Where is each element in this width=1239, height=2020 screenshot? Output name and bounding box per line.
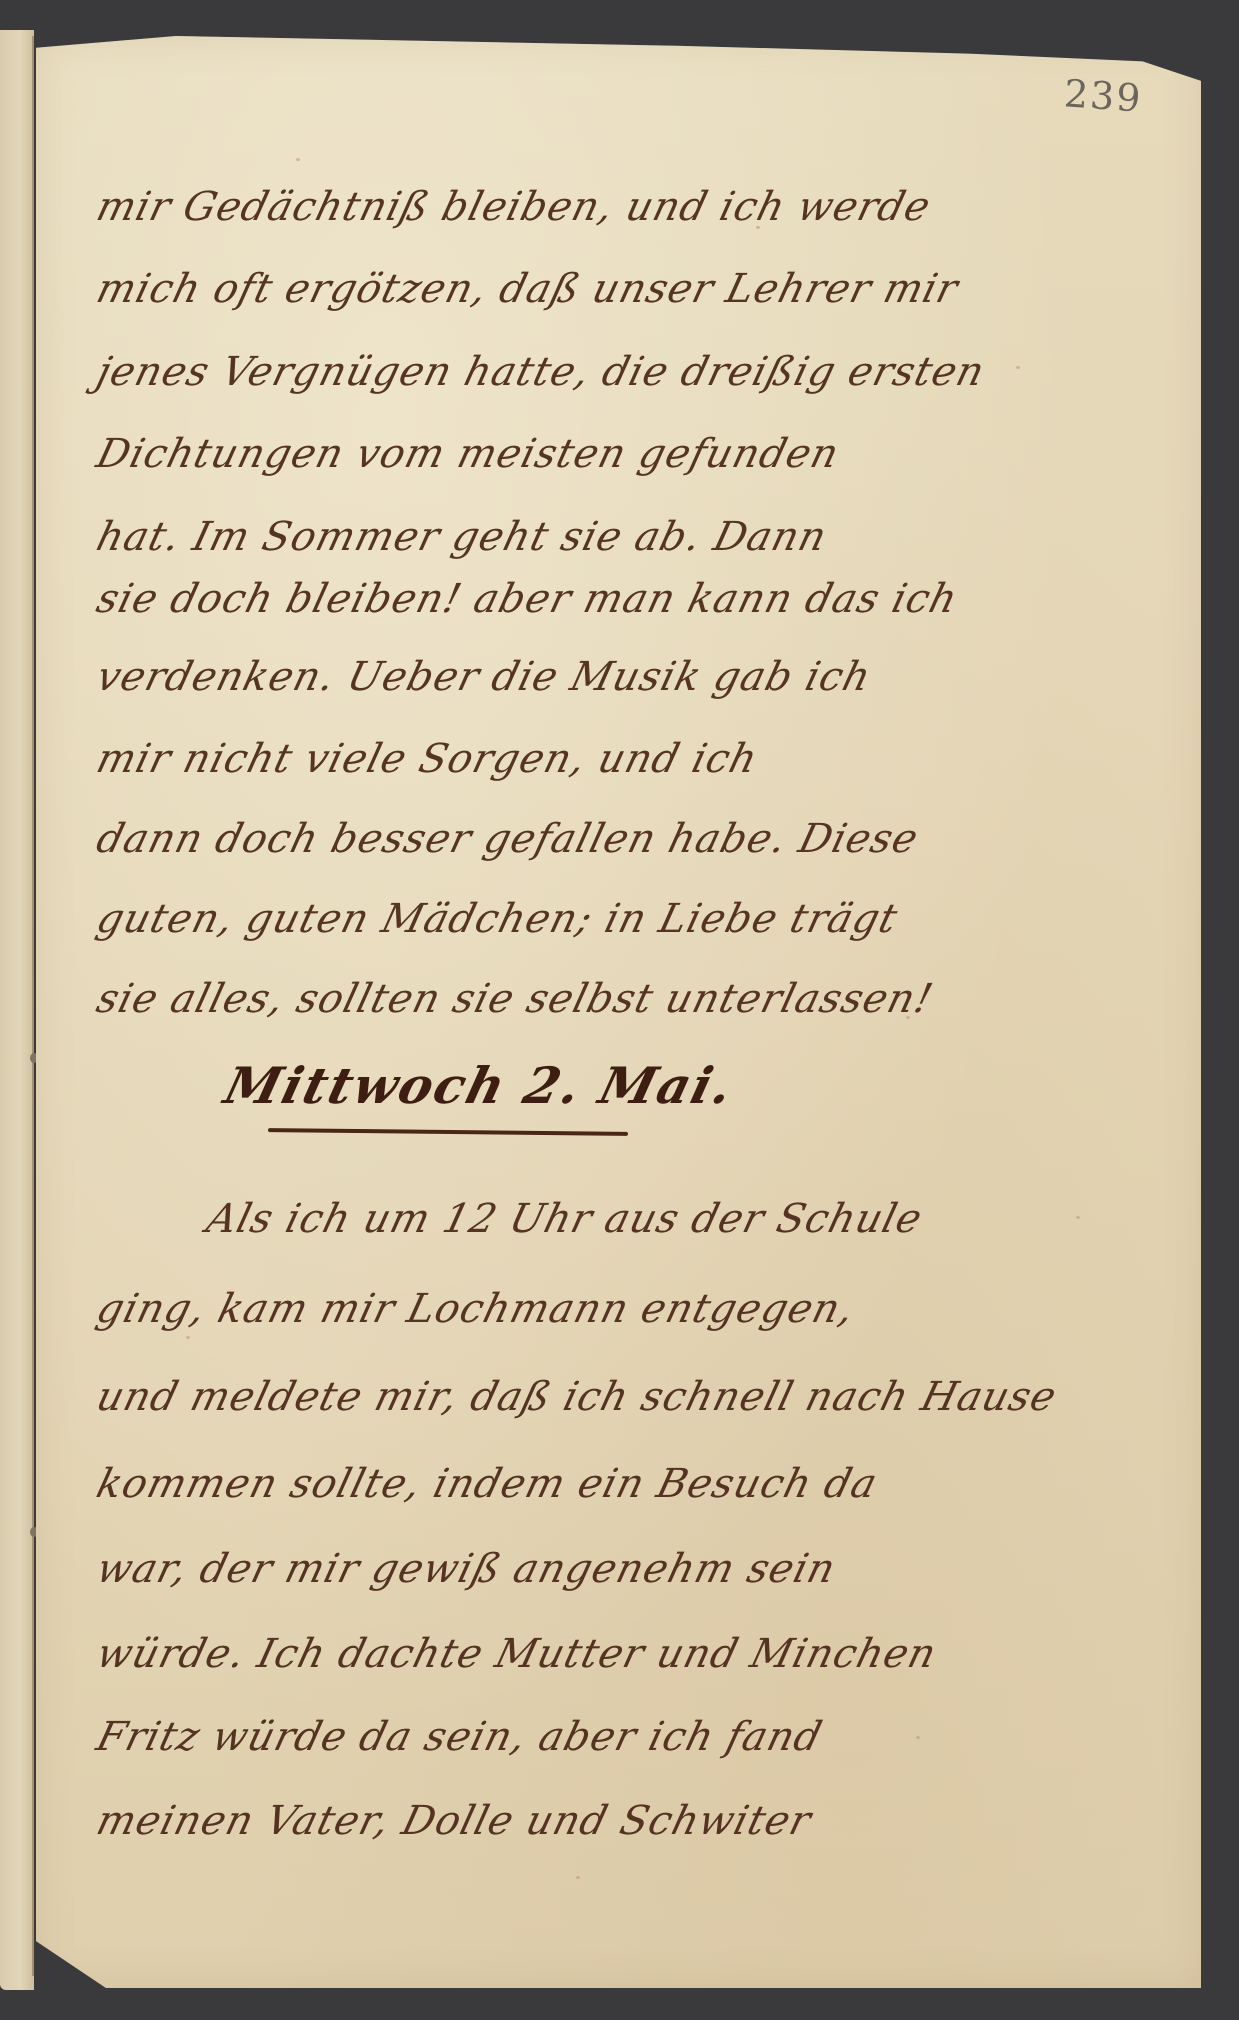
manuscript-scan: 239 mir Gedächtniß bleiben, und ich werd… xyxy=(0,0,1239,2020)
handwritten-line: Fritz würde da sein, aber ich fand xyxy=(92,1714,827,1760)
handwritten-line: würde. Ich dachte Mutter und Minchen xyxy=(92,1631,941,1677)
handwritten-line: Dichtungen vom meisten gefunden xyxy=(92,431,844,477)
binding-gutter xyxy=(32,36,34,1976)
page-number: 239 xyxy=(1063,71,1144,120)
handwritten-line: meinen Vater, Dolle und Schwiter xyxy=(92,1798,816,1844)
entry-date-heading: Mittwoch 2. Mai. xyxy=(219,1056,741,1115)
paper-speck xyxy=(576,1876,580,1879)
handwritten-line: hat. Im Sommer geht sie ab. Dann xyxy=(92,514,832,560)
paper-speck xyxy=(1076,1216,1080,1219)
heading-underline xyxy=(268,1128,628,1136)
handwritten-line: mich oft ergötzen, daß unser Lehrer mir xyxy=(92,266,963,312)
handwritten-line: mir Gedächtniß bleiben, und ich werde xyxy=(92,184,936,230)
handwritten-line: sie doch bleiben! aber man kann das ich xyxy=(92,576,963,622)
handwritten-line: sie alles, sollten sie selbst unterlasse… xyxy=(92,976,938,1022)
handwritten-line: jenes Vergnügen hatte, die dreißig erste… xyxy=(92,349,990,395)
handwritten-line: kommen sollte, indem ein Besuch da xyxy=(92,1461,882,1507)
paper-speck xyxy=(296,158,300,161)
paper-speck xyxy=(916,1736,920,1739)
paper-speck xyxy=(186,1336,190,1339)
handwritten-line: mir nicht viele Sorgen, und ich xyxy=(92,736,763,782)
facing-page-edge xyxy=(0,30,34,1990)
handwritten-line: dann doch besser gefallen habe. Diese xyxy=(92,816,923,862)
handwritten-line: Als ich um 12 Uhr aus der Schule xyxy=(202,1196,927,1242)
handwritten-line: guten, guten Mädchen; in Liebe trägt xyxy=(92,896,903,942)
paper-speck xyxy=(1016,366,1020,369)
handwritten-line: war, der mir gewiß angenehm sein xyxy=(92,1546,841,1592)
handwritten-line: ging, kam mir Lochmann entgegen, xyxy=(92,1286,859,1332)
handwritten-line: und meldete mir, daß ich schnell nach Ha… xyxy=(92,1374,1062,1420)
manuscript-page: 239 mir Gedächtniß bleiben, und ich werd… xyxy=(36,36,1201,1988)
handwritten-line: verdenken. Ueber die Musik gab ich xyxy=(92,654,876,700)
